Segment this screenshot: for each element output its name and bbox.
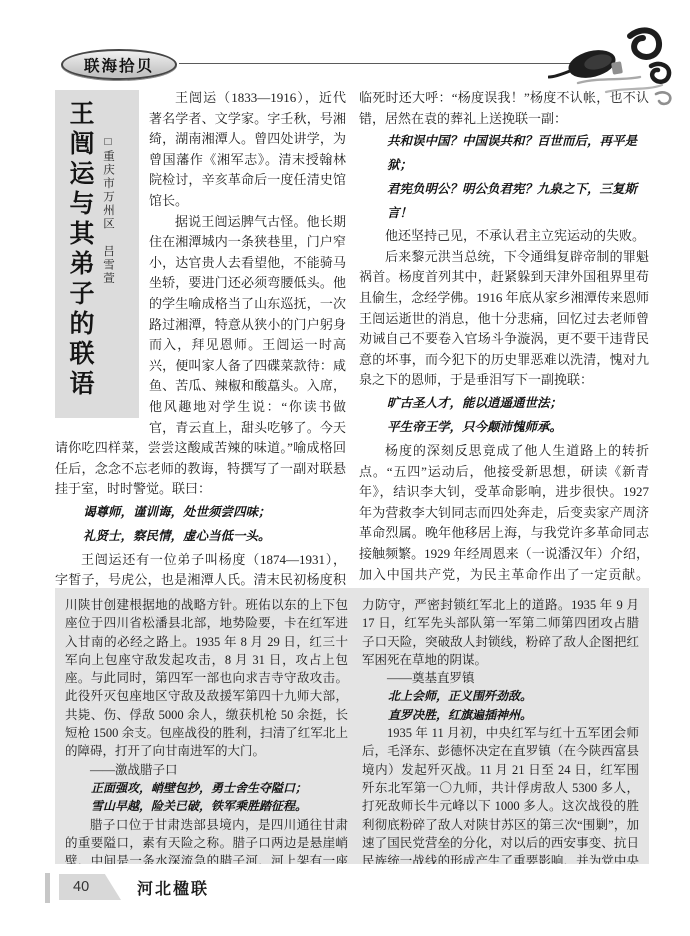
paragraph: 王闿运还有一位弟子叫杨度（1874—1931），字皙子，号虎公，也是湘潭人氏。清… bbox=[55, 550, 346, 587]
paragraph: 杨度的深刻反思竟成了他人生道路上的转折点。“五四”运动后，他接受新思想，研读《新… bbox=[359, 441, 649, 587]
paragraph: 后来黎元洪当总统，下令通缉复辟帝制的罪魁祸首。杨度首列其中，赶紧躲到天津外国租界… bbox=[359, 247, 649, 391]
bottom-section: 川陕甘创建根据地的战略方针。班佑以东的上下包座位于四川省松潘县北部，地势险要，卡… bbox=[55, 588, 649, 864]
couplet-line: 正面强攻，峭壁包抄，勇士舍生夺隘口； bbox=[65, 779, 348, 797]
article-title: 王闿运与其弟子的联语 bbox=[66, 100, 93, 418]
couplet-line: 直罗决胜，红旗遍插神州。 bbox=[362, 706, 639, 724]
magazine-page: 联海拾贝 王闿运与其弟子的联语 □重庆市万州区吕雪萱 王闿运（1833—1916… bbox=[0, 0, 690, 936]
bottom-right-column: 力防守，严密封锁红军北上的道路。1935 年 9 月 17 日，红军先头部队第一… bbox=[362, 596, 639, 856]
footer-accent-bar bbox=[45, 873, 50, 903]
couplet-line: 君宪负明公？明公负君宪？九泉之下，三复斯言！ bbox=[359, 178, 649, 225]
couplet-line: 北上会师，正义围歼劲敌。 bbox=[362, 687, 639, 705]
subhead: ——奠基直罗镇 bbox=[362, 669, 639, 687]
main-article: 王闿运与其弟子的联语 □重庆市万州区吕雪萱 王闿运（1833—1916），近代著… bbox=[55, 88, 649, 587]
article-right-column: 临死时还大呼：“杨度误我！”杨度不认帐，也不认错，居然在袁的葬礼上送挽联一副： … bbox=[359, 88, 649, 587]
byline-author: 吕雪萱 bbox=[102, 245, 114, 286]
article-title-box: 王闿运与其弟子的联语 □重庆市万州区吕雪萱 bbox=[55, 90, 139, 418]
paragraph: 力防守，严密封锁红军北上的道路。1935 年 9 月 17 日，红军先头部队第一… bbox=[362, 596, 639, 669]
section-label: 联海拾贝 bbox=[84, 54, 154, 76]
byline-location: 重庆市万州区 bbox=[102, 150, 114, 231]
section-label-badge: 联海拾贝 bbox=[61, 49, 177, 80]
paragraph: 腊子口位于甘肃迭部县境内，是四川通往甘肃的重要隘口，素有天险之称。腊子口两边是悬… bbox=[65, 816, 348, 864]
subhead: ——激战腊子口 bbox=[65, 761, 348, 779]
article-byline: □重庆市万州区吕雪萱 bbox=[100, 100, 116, 418]
bottom-left-column: 川陕甘创建根据地的战略方针。班佑以东的上下包座位于四川省松潘县北部，地势险要，卡… bbox=[65, 596, 348, 856]
byline-marker: □ bbox=[102, 136, 114, 150]
couplet-line: 礼贤士，察民情，虚心当低一头。 bbox=[55, 525, 346, 549]
couplet-line: 共和误中国？中国误共和？百世而后，再平是狱； bbox=[359, 130, 649, 177]
page-number-badge: 40 bbox=[59, 874, 121, 900]
couplet-line: 平生帝王学，只今颠沛愧师承。 bbox=[359, 416, 649, 440]
couplet-line: 旷古圣人才，能以逍遥通世法； bbox=[359, 392, 649, 416]
paragraph: 1935 年 11 月初，中央红军与红十五军团会师后，毛泽东、彭德怀决定在直罗镇… bbox=[362, 724, 639, 864]
article-left-column: 王闿运与其弟子的联语 □重庆市万州区吕雪萱 王闿运（1833—1916），近代著… bbox=[55, 88, 346, 587]
page-footer: 40 河北楹联 bbox=[45, 872, 365, 904]
page-number: 40 bbox=[73, 879, 89, 895]
paragraph: 临死时还大呼：“杨度误我！”杨度不认帐，也不认错，居然在袁的葬礼上送挽联一副： bbox=[359, 88, 649, 129]
paragraph: 川陕甘创建根据地的战略方针。班佑以东的上下包座位于四川省松潘县北部，地势险要，卡… bbox=[65, 596, 348, 761]
couplet-line: 雪山早越，险关已破，铁军乘胜踏征程。 bbox=[65, 797, 348, 815]
header-rule bbox=[179, 63, 591, 64]
couplet-line: 谒尊师，谨训诲，处世须尝四味； bbox=[55, 501, 346, 525]
journal-name: 河北楹联 bbox=[137, 876, 209, 899]
paragraph: 他还坚持己见，不承认君主立宪运动的失败。 bbox=[359, 226, 649, 247]
